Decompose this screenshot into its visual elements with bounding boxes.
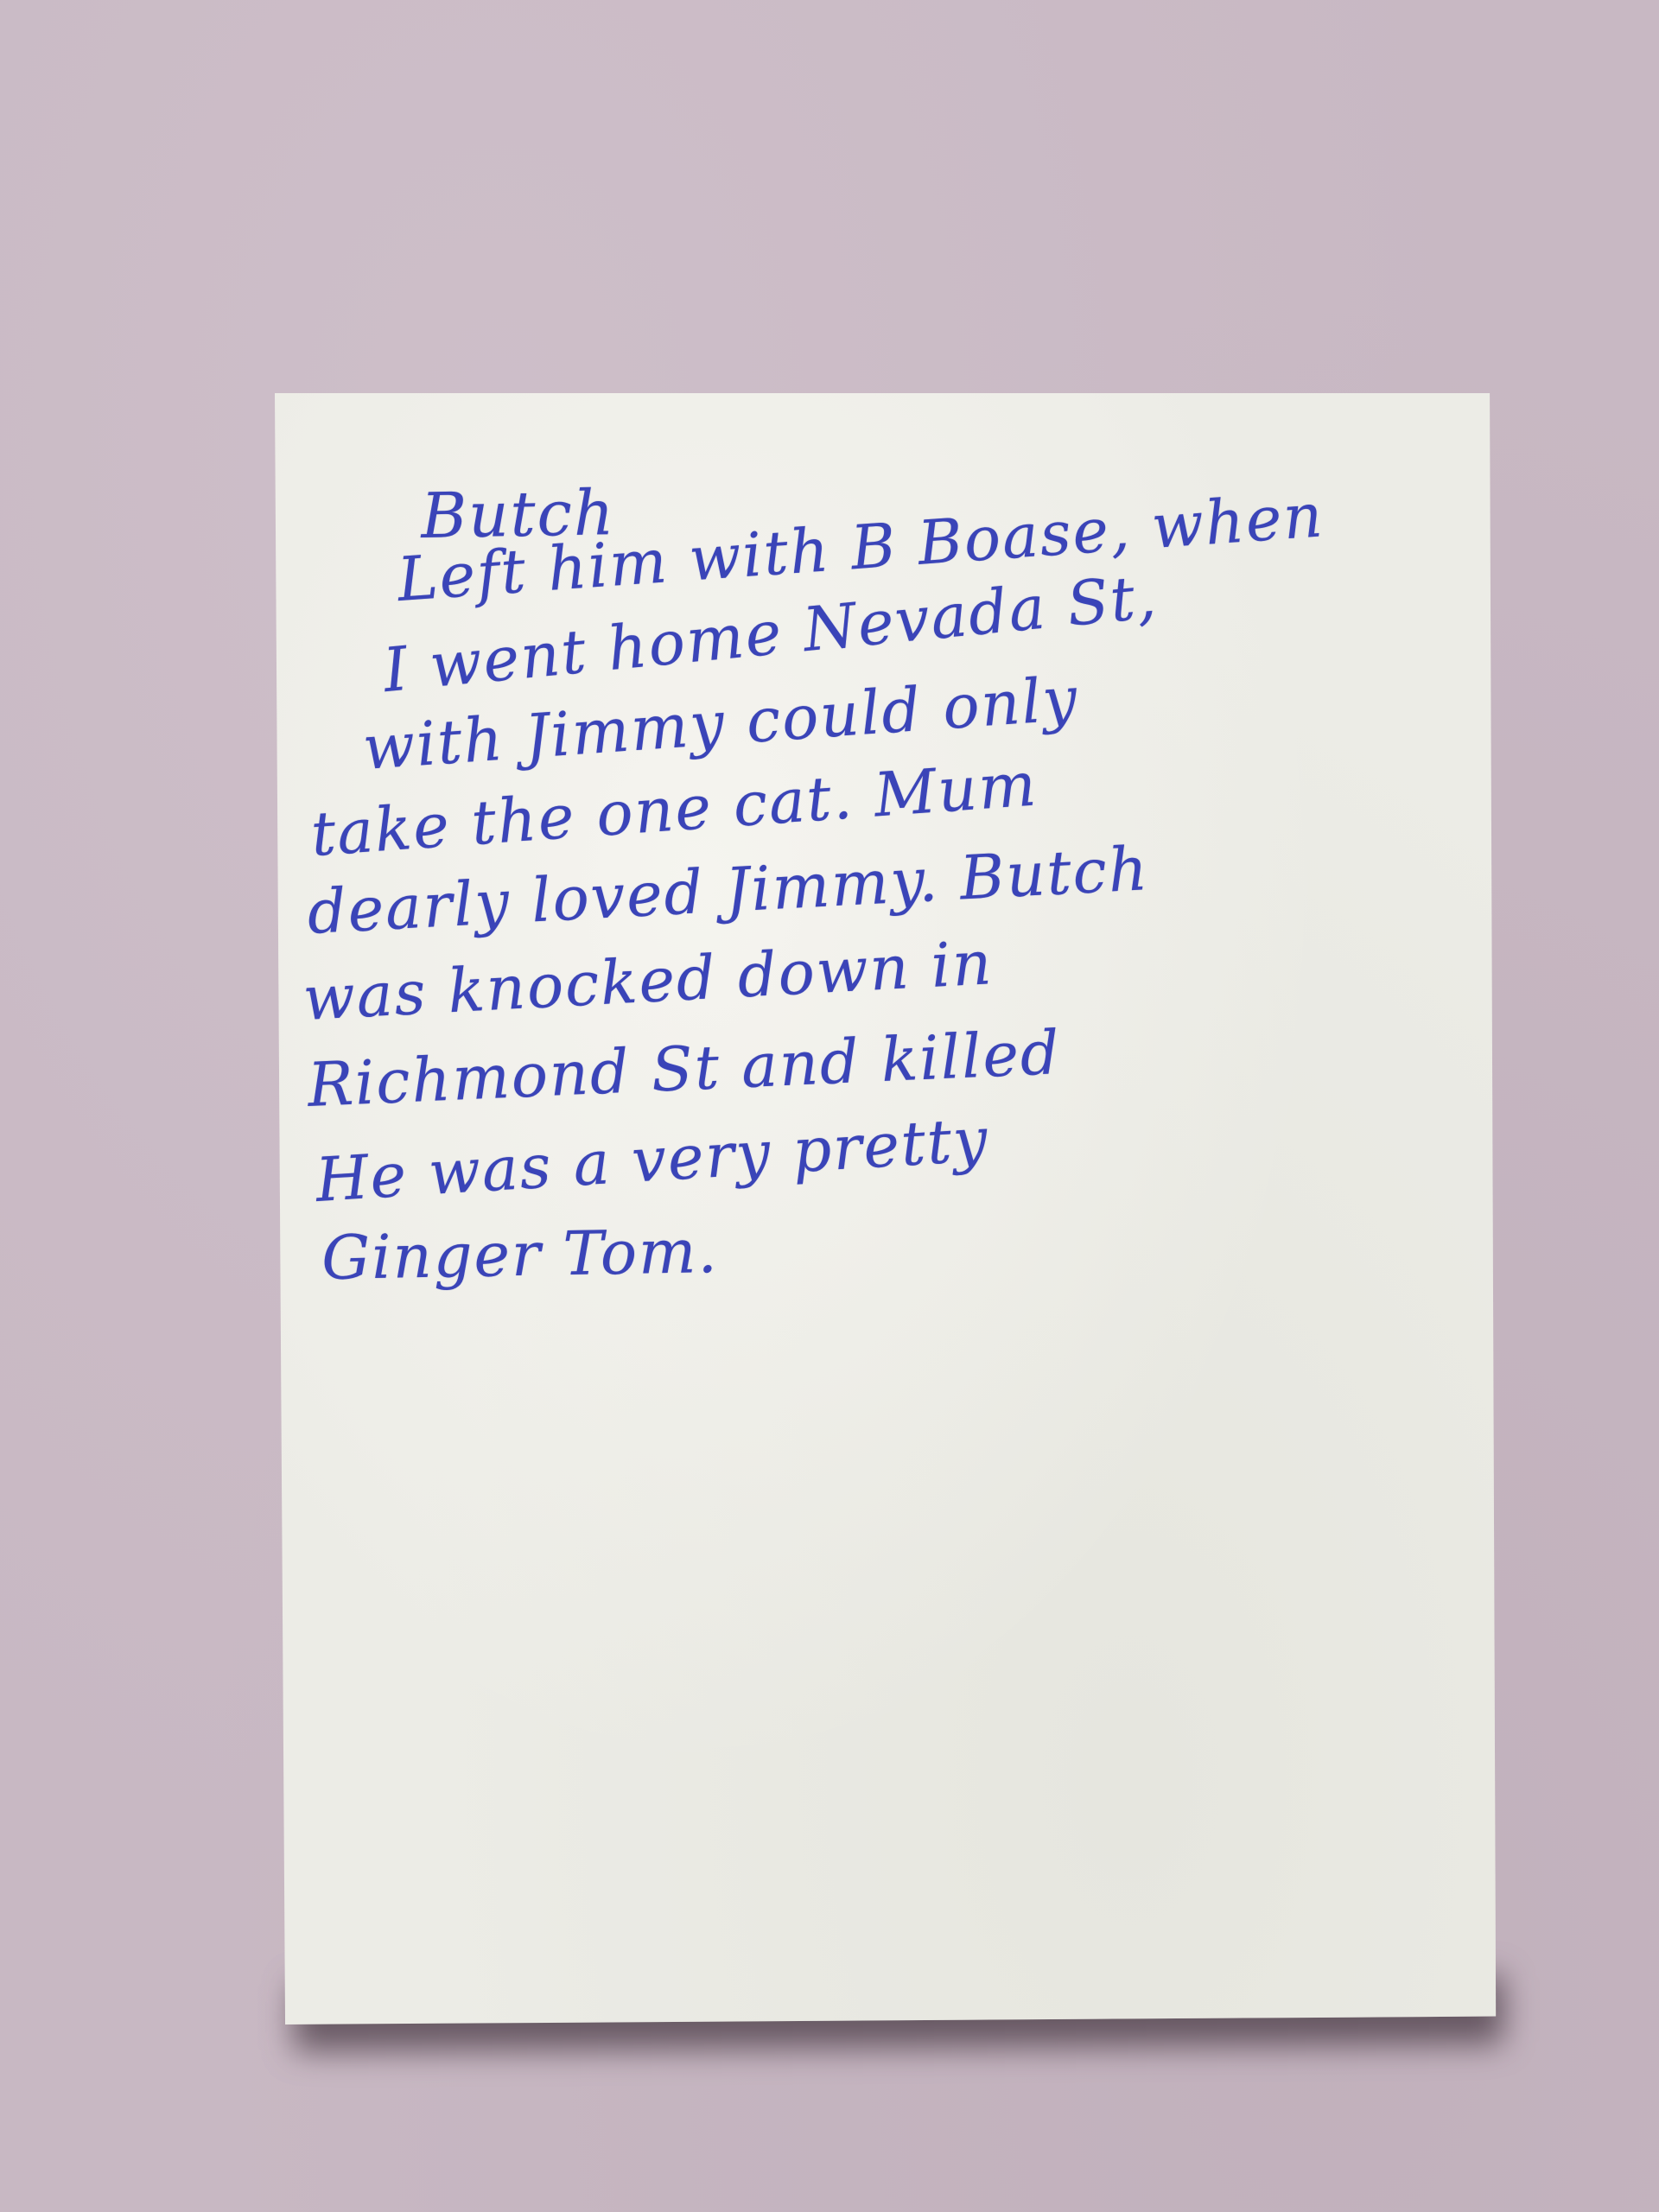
- note-line-9: Ginger Tom.: [321, 1216, 720, 1294]
- note-line-6: was knocked down in: [302, 927, 995, 1034]
- note-line-8: He was a very pretty: [314, 1104, 991, 1216]
- handwritten-card: Butch Left him with B Boase, when I went…: [275, 393, 1498, 2024]
- note-line-7: Richmond St and killed: [306, 1017, 1062, 1121]
- handwritten-note: Butch Left him with B Boase, when I went…: [275, 393, 1498, 2024]
